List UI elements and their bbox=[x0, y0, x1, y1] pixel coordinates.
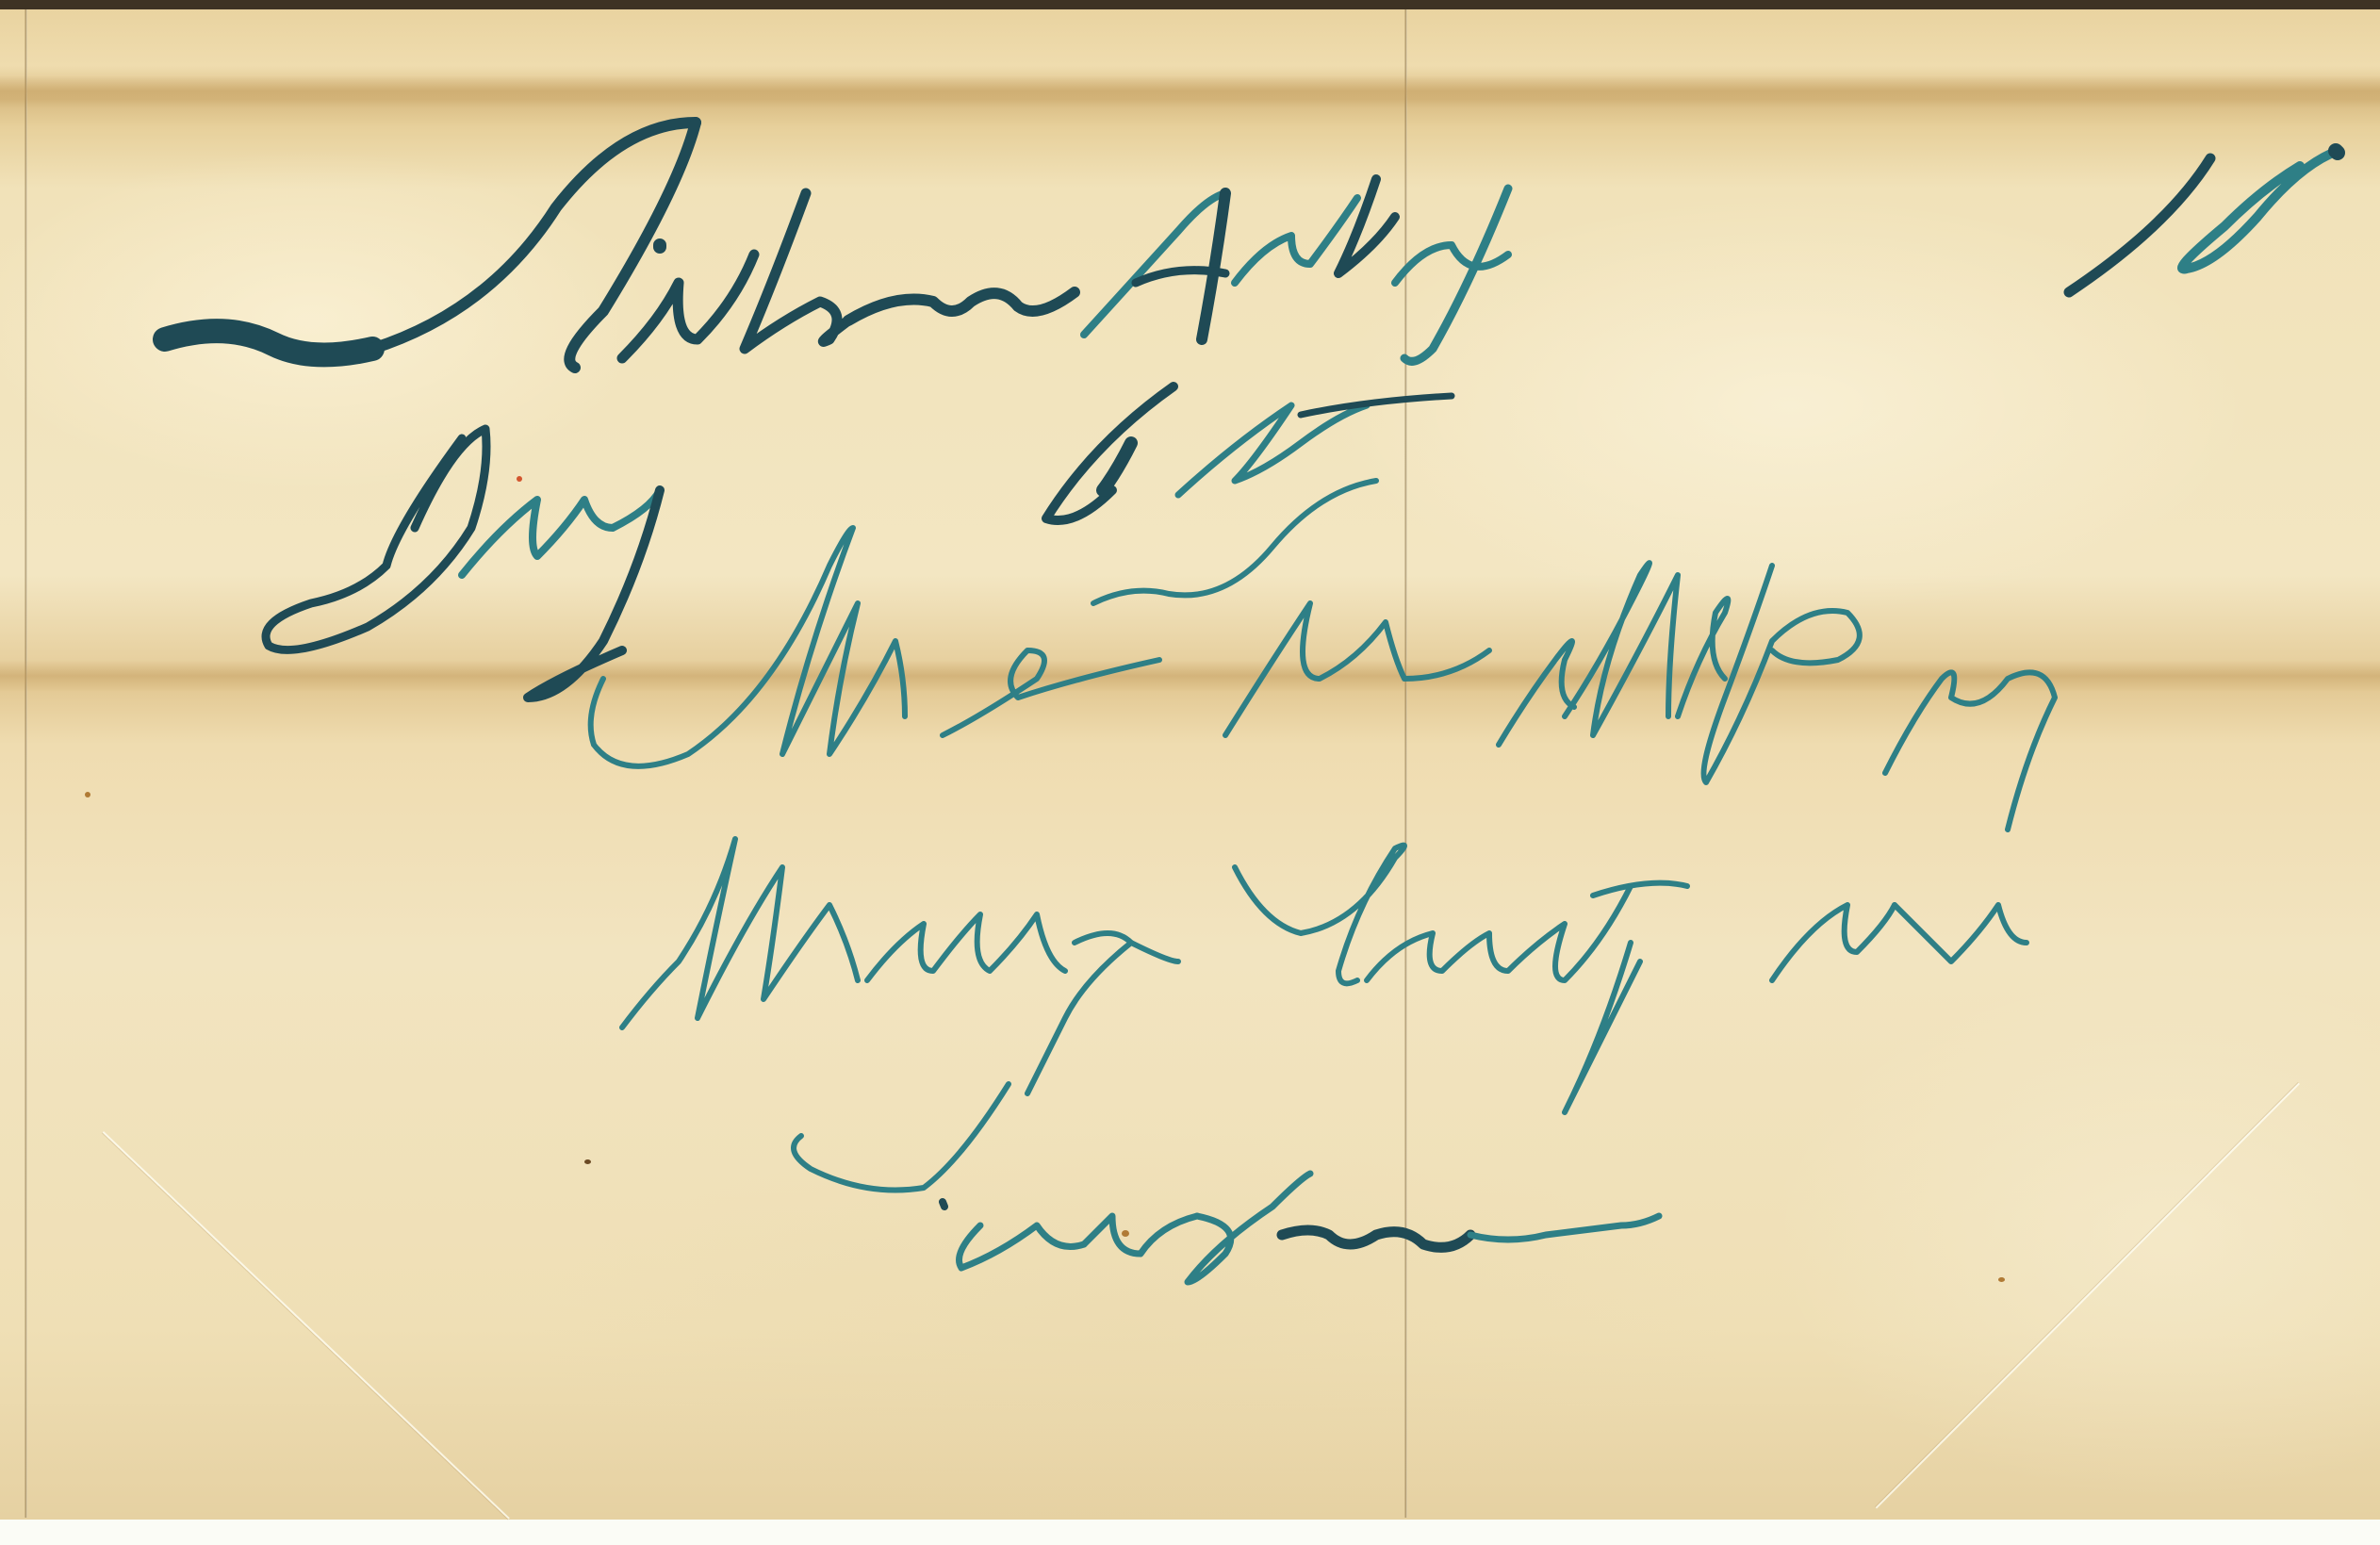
postmark-text: Lisbon Arky bbox=[160, 170, 1190, 367]
addressee-text: Mr Thos. J. Wolf Esqr bbox=[594, 566, 2117, 730]
county-text: Marengo County Ala bbox=[622, 848, 2103, 1012]
town-text: Linden bbox=[924, 1131, 1387, 1285]
rate-text: 10 bbox=[2074, 141, 2254, 305]
